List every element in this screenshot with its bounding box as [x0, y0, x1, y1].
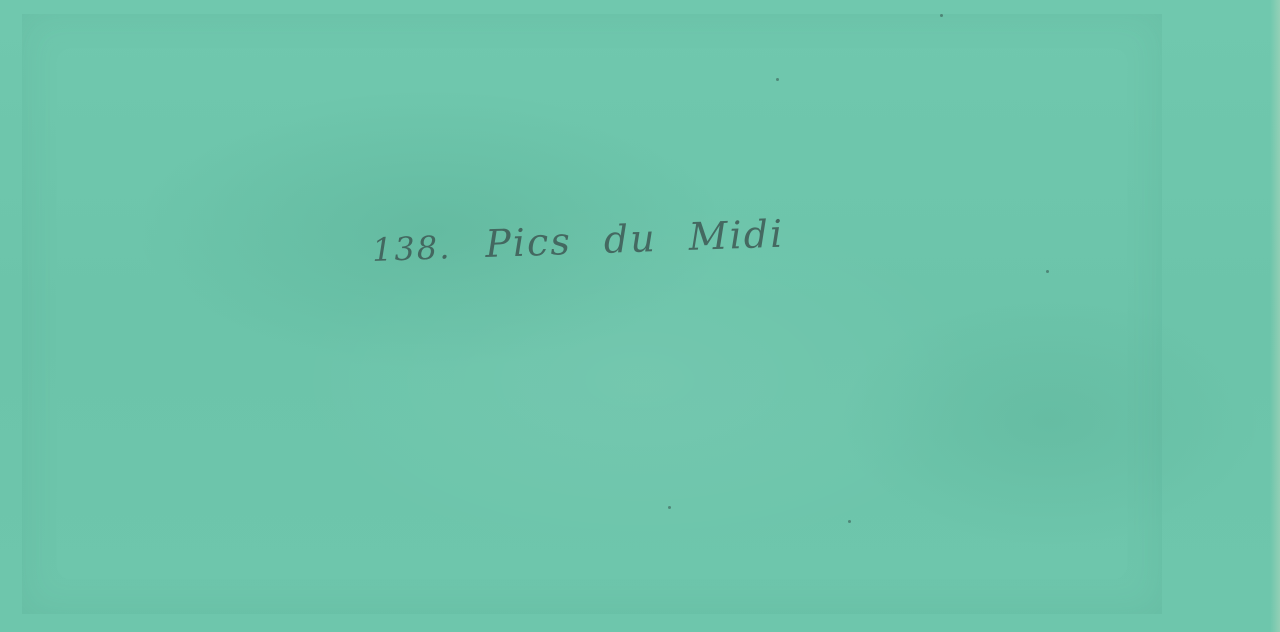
paper-speck — [668, 506, 671, 509]
card-back: 138. Pics du Midi — [0, 0, 1280, 632]
catalog-number: 138. — [371, 228, 452, 269]
inscription-word: Midi — [688, 212, 785, 259]
inscription-word: du — [603, 216, 657, 262]
paper-speck — [940, 14, 943, 17]
card-edge — [1270, 0, 1280, 632]
inscription-word: Pics — [485, 219, 573, 266]
paper-speck — [776, 78, 779, 81]
paper-speck — [848, 520, 851, 523]
plate-mark — [22, 14, 1162, 614]
paper-speck — [1046, 270, 1049, 273]
